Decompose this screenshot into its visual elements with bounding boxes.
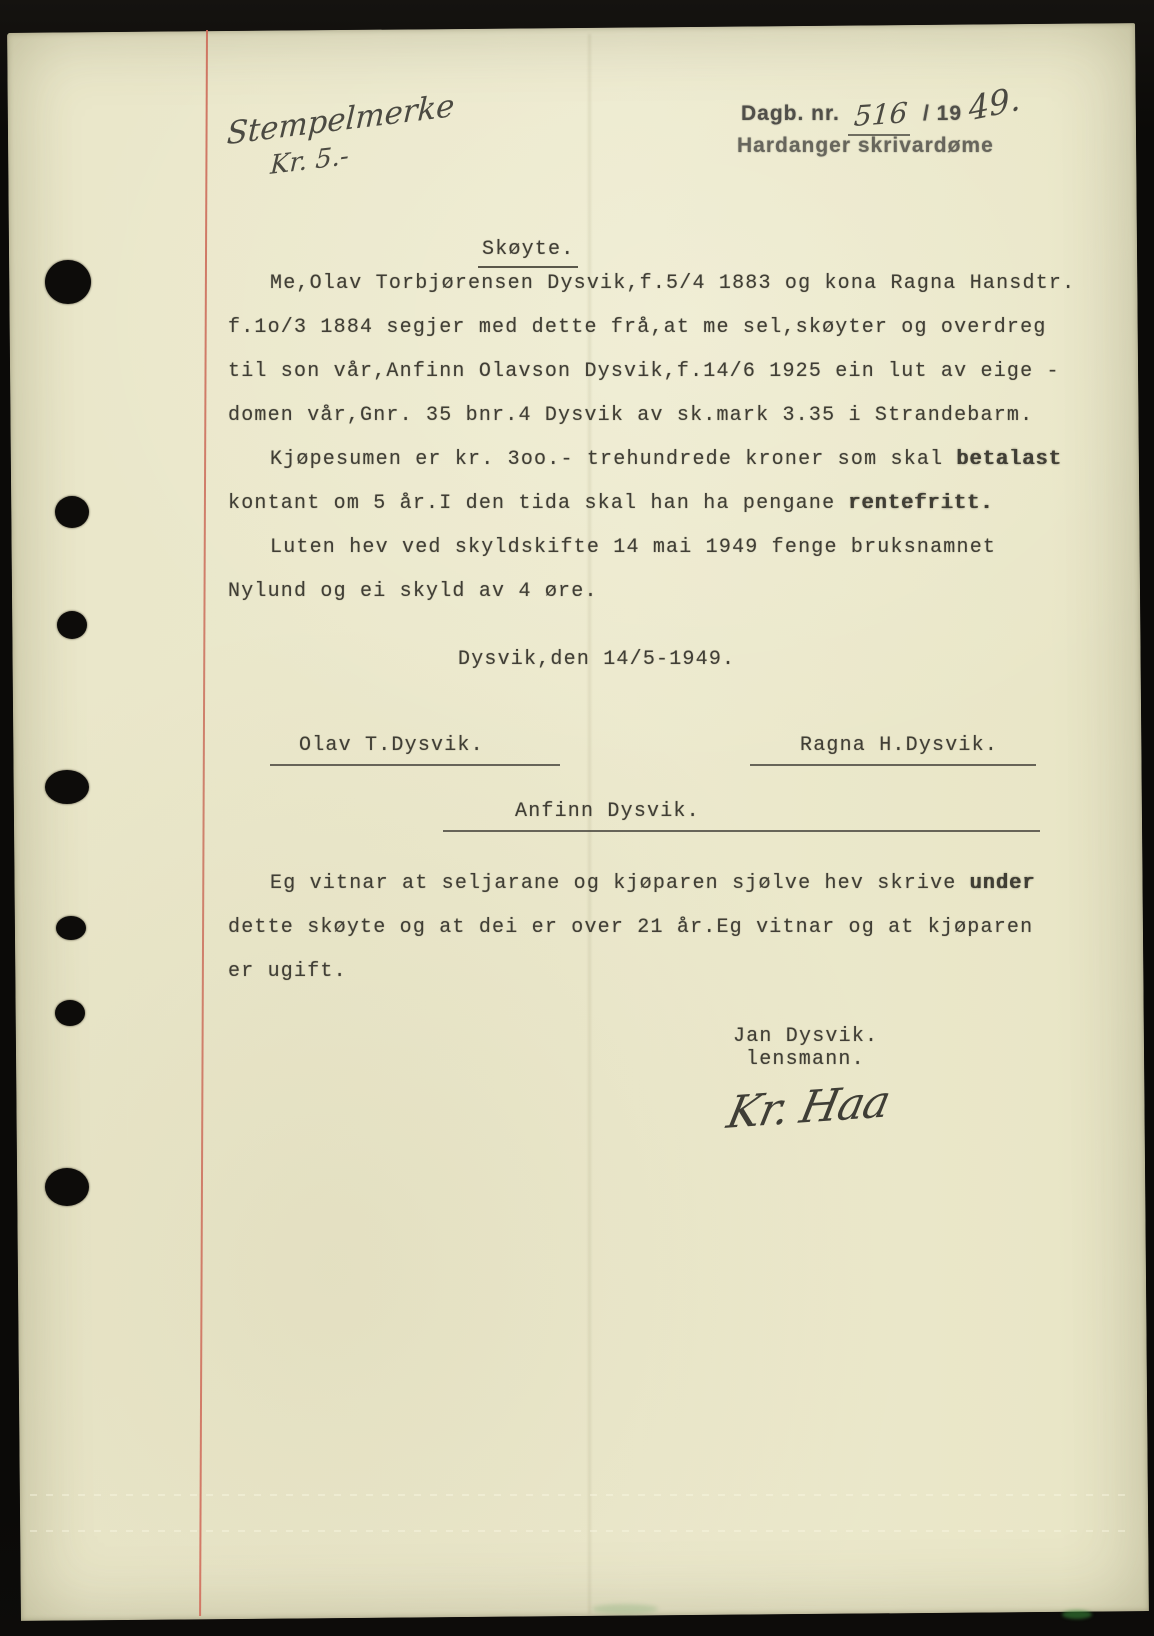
punch-hole [56,916,86,940]
deed-dateline: Dysvik,den 14/5-1949. [458,648,735,672]
terms-line-text: kontant om 5 år.I den tida skal han ha p… [228,492,849,515]
seller1-signature-line [270,764,560,766]
scan-smear [592,1604,658,1614]
deed-body-line: til son vår,Anfinn Olavson Dysvik,f.14/6… [228,360,1060,384]
deed-body-line: domen vår,Gnr. 35 bnr.4 Dysvik av sk.mar… [228,404,1033,428]
punch-hole [57,611,87,639]
deed-body-line: Luten hev ved skyldskifte 14 mai 1949 fe… [270,536,996,560]
journal-number-handwritten: 516 [853,96,909,133]
witness-line1-overstrike: under [970,872,1036,895]
scan-smear [1062,1610,1092,1619]
witness-line: er ugift. [228,960,347,984]
seller2-signature: Ragna H.Dysvik. [800,734,998,758]
price-line-overstrike: betalast [957,448,1063,471]
deed-title: Skøyte. [478,238,578,268]
punch-hole [55,1000,85,1026]
scanned-document-page: Stempelmerke Kr. 5.- Dagb. nr. 516 / 19 … [0,0,1154,1636]
witness-line1-text: Eg vitnar at seljarane og kjøparen sjølv… [270,872,970,895]
terms-line-overstrike: rentefritt. [849,492,994,515]
witness-line: Eg vitnar at seljarane og kjøparen sjølv… [270,872,1036,896]
journal-stamp-year-prefix: / 19 [923,102,962,126]
deed-body-line: Nylund og ei skyld av 4 øre. [228,580,598,604]
journal-stamp-prefix: Dagb. nr. [741,102,840,126]
punch-hole [55,496,89,528]
witness-line: dette skøyte og at dei er over 21 år.Eg … [228,916,1033,940]
deed-body-line: Kjøpesumen er kr. 3oo.- trehundrede kron… [270,448,1062,472]
punch-hole [45,1168,89,1206]
seller1-signature: Olav T.Dysvik. [299,734,484,758]
buyer-signature-line [443,830,1040,832]
horizontal-crease [30,1494,1130,1496]
price-line-text: Kjøpesumen er kr. 3oo.- trehundrede kron… [270,448,957,471]
punch-hole [45,770,89,804]
seller2-signature-line [750,764,1036,766]
horizontal-crease [30,1530,1130,1532]
vertical-fold-crease [588,34,591,1614]
deed-body-line: kontant om 5 år.I den tida skal han ha p… [228,492,994,516]
punch-hole [45,260,91,304]
attestor-title: lensmann. [746,1048,865,1072]
deed-body-line: Me,Olav Torbjørensen Dysvik,f.5/4 1883 o… [270,272,1075,296]
office-stamp: Hardanger skrivardøme [737,134,994,158]
attestor-name: Jan Dysvik. [733,1025,878,1049]
buyer-signature: Anfinn Dysvik. [515,800,700,824]
deed-body-line: f.1o/3 1884 segjer med dette frå,at me s… [228,316,1047,340]
